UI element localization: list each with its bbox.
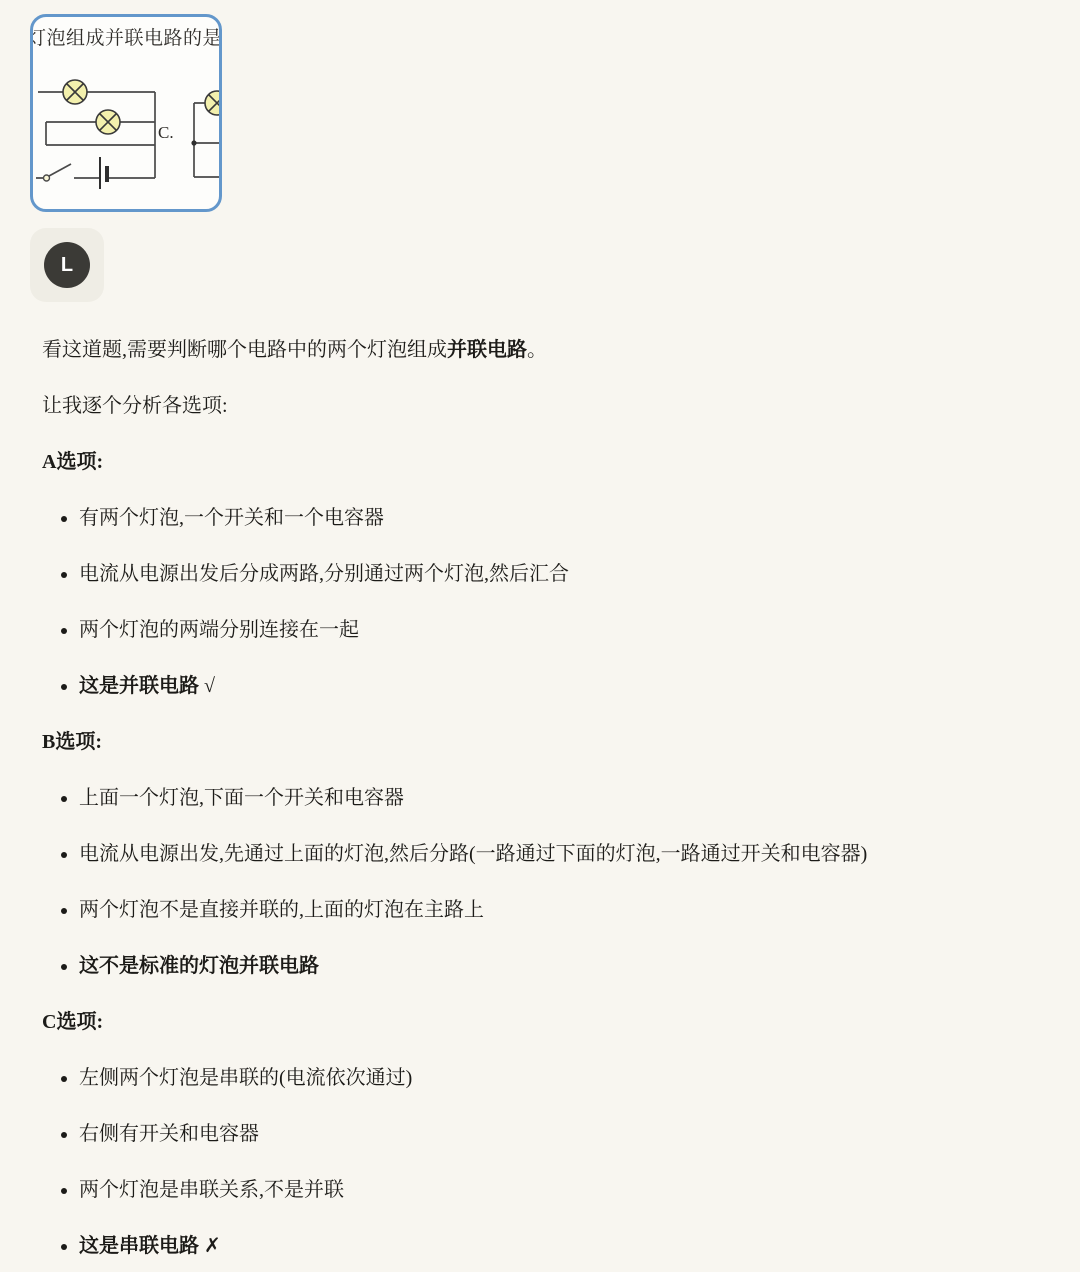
verdict-mark: √ (204, 675, 215, 697)
list-item: 电流从电源出发,先通过上面的灯泡,然后分路(一路通过下面的灯泡,一路通过开关和电… (79, 840, 1064, 868)
circuit-diagram: C. (33, 57, 219, 209)
lead-paragraph: 让我逐个分析各选项: (42, 392, 1064, 420)
list-item: 右侧有开关和电容器 (79, 1120, 1064, 1148)
conclusion-text: 这是串联电路 (79, 1235, 199, 1257)
junction-dot (191, 140, 196, 145)
bullet-list-a: 有两个灯泡,一个开关和一个电容器 电流从电源出发后分成两路,分别通过两个灯泡,然… (42, 504, 1064, 700)
bullet-list-b: 上面一个灯泡,下面一个开关和电容器 电流从电源出发,先通过上面的灯泡,然后分路(… (42, 784, 1064, 980)
switch-icon (44, 164, 72, 181)
list-item: 两个灯泡不是直接并联的,上面的灯泡在主路上 (79, 896, 1064, 924)
attachment-caption: 灯泡组成并联电路的是 (33, 17, 219, 57)
list-item: 有两个灯泡,一个开关和一个电容器 (79, 504, 1064, 532)
list-item: 上面一个灯泡,下面一个开关和电容器 (79, 784, 1064, 812)
bulb-icon (205, 91, 219, 115)
attachment-caption-text: 灯泡组成并联电路的是 (30, 28, 222, 50)
bulb-icon (63, 80, 87, 104)
bulb-icon (96, 110, 120, 134)
intro-prefix: 看这道题,需要判断哪个电路中的两个灯泡组成 (42, 339, 447, 361)
message-body: 看这道题,需要判断哪个电路中的两个灯泡组成并联电路。 让我逐个分析各选项: A选… (42, 336, 1064, 1260)
intro-suffix: 。 (527, 339, 547, 361)
section-heading-a: A选项: (42, 448, 1064, 476)
list-item: 左侧两个灯泡是串联的(电流依次通过) (79, 1064, 1064, 1092)
list-item: 两个灯泡是串联关系,不是并联 (79, 1176, 1064, 1204)
section-heading-c: C选项: (42, 1008, 1064, 1036)
bullet-list-c: 左侧两个灯泡是串联的(电流依次通过) 右侧有开关和电容器 两个灯泡是串联关系,不… (42, 1064, 1064, 1260)
attachment-thumbnail[interactable]: 灯泡组成并联电路的是 C. (30, 14, 222, 212)
avatar: L (44, 242, 90, 288)
conclusion-text: 这是并联电路 (79, 675, 199, 697)
conclusion-item: 这是并联电路√ (79, 672, 1064, 700)
avatar-tile: L (30, 228, 104, 302)
conclusion-text: 这不是标准的灯泡并联电路 (79, 955, 319, 977)
list-item: 两个灯泡的两端分别连接在一起 (79, 616, 1064, 644)
conclusion-item: 这不是标准的灯泡并联电路 (79, 952, 1064, 980)
list-item: 电流从电源出发后分成两路,分别通过两个灯泡,然后汇合 (79, 560, 1064, 588)
avatar-letter: L (61, 255, 73, 275)
intro-bold-term: 并联电路 (447, 339, 527, 361)
section-heading-b: B选项: (42, 728, 1064, 756)
wire-path (36, 92, 155, 178)
verdict-mark: ✗ (204, 1235, 221, 1257)
conclusion-item: 这是串联电路✗ (79, 1232, 1064, 1260)
battery-icon (100, 157, 107, 189)
circuit-label-c: C. (158, 123, 174, 142)
intro-paragraph: 看这道题,需要判断哪个电路中的两个灯泡组成并联电路。 (42, 336, 1064, 364)
